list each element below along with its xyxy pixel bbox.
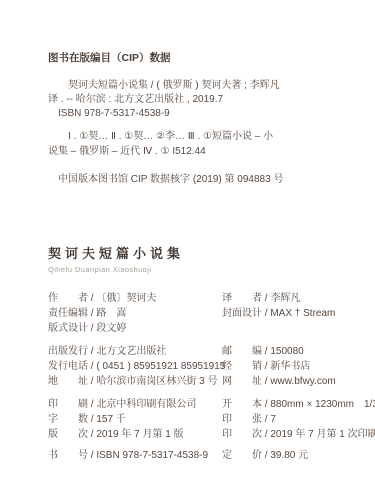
colophon-group-publisher: 出版发行 / 北方文艺出版社 邮 编 / 150080 发行电话 / ( 045… bbox=[48, 344, 345, 389]
colophon-cell-phone: 发行电话 / ( 0451 ) 85951921 85951915 bbox=[48, 359, 222, 374]
colophon-cell-cover-design: 封面设计 / MAX † Stream bbox=[222, 306, 345, 321]
cip-record: 契诃夫短篇小说集 / ( 俄罗斯 ) 契诃夫著 ; 李辉凡 译 . -- 哈尔滨… bbox=[48, 79, 345, 121]
colophon-cell-address: 地 址 / 哈尔滨市南岗区林兴街 3 号 bbox=[48, 374, 222, 389]
colophon-row: 发行电话 / ( 0451 ) 85951921 85951915 经 销 / … bbox=[48, 359, 345, 374]
colophon-row: 地 址 / 哈尔滨市南岗区林兴街 3 号 网 址 / www.bfwy.com bbox=[48, 374, 345, 389]
cip-record-line: 译 . -- 哈尔滨 : 北方文艺出版社 , 2019.7 bbox=[48, 93, 345, 107]
colophon-cell-impression: 印 次 / 2019 年 7 月第 1 次印刷 bbox=[222, 427, 375, 442]
colophon-cell-empty bbox=[222, 321, 345, 336]
book-title-pinyin: Qihefu Duanpian Xiaoshuoji bbox=[48, 265, 345, 274]
colophon-row: 印 刷 / 北京中科印刷有限公司 开 本 / 880mm × 1230mm 1/… bbox=[48, 397, 345, 412]
colophon-group-credits: 作 者 / 〔俄〕契诃夫 译 者 / 李辉凡 责任编辑 / 路 嵩 封面设计 /… bbox=[48, 291, 345, 336]
colophon-cell-word-count: 字 数 / 157 千 bbox=[48, 412, 222, 427]
colophon-group-isbn-price: 书 号 / ISBN 978-7-5317-4538-9 定 价 / 39.80… bbox=[48, 448, 345, 463]
colophon-cell-distributor: 经 销 / 新华书店 bbox=[222, 359, 345, 374]
book-copyright-page: 图书在版编目（CIP）数据 契诃夫短篇小说集 / ( 俄罗斯 ) 契诃夫著 ; … bbox=[0, 0, 375, 486]
colophon-cell-publisher: 出版发行 / 北方文艺出版社 bbox=[48, 344, 222, 359]
colophon-row: 版式设计 / 段文婷 bbox=[48, 321, 345, 336]
colophon-cell-printer: 印 刷 / 北京中科印刷有限公司 bbox=[48, 397, 222, 412]
cip-register-number: 中国版本图书馆 CIP 数据核字 (2019) 第 094883 号 bbox=[48, 170, 345, 185]
colophon-cell-layout-design: 版式设计 / 段文婷 bbox=[48, 321, 222, 336]
colophon-cell-postcode: 邮 编 / 150080 bbox=[222, 344, 345, 359]
colophon-row: 出版发行 / 北方文艺出版社 邮 编 / 150080 bbox=[48, 344, 345, 359]
colophon-cell-editor: 责任编辑 / 路 嵩 bbox=[48, 306, 222, 321]
colophon-row: 作 者 / 〔俄〕契诃夫 译 者 / 李辉凡 bbox=[48, 291, 345, 306]
colophon-cell-sheets: 印 张 / 7 bbox=[222, 412, 345, 427]
cip-classification-line: Ⅰ . ①契… Ⅱ . ①契… ②李… Ⅲ . ①短篇小说 – 小 bbox=[48, 129, 345, 144]
colophon-cell-author: 作 者 / 〔俄〕契诃夫 bbox=[48, 291, 222, 306]
colophon-cell-isbn: 书 号 / ISBN 978-7-5317-4538-9 bbox=[48, 448, 222, 463]
colophon-cell-edition: 版 次 / 2019 年 7 月第 1 版 bbox=[48, 427, 222, 442]
colophon-row: 版 次 / 2019 年 7 月第 1 版 印 次 / 2019 年 7 月第 … bbox=[48, 427, 345, 442]
colophon: 作 者 / 〔俄〕契诃夫 译 者 / 李辉凡 责任编辑 / 路 嵩 封面设计 /… bbox=[48, 291, 345, 463]
cip-record-line: 契诃夫短篇小说集 / ( 俄罗斯 ) 契诃夫著 ; 李辉凡 bbox=[48, 79, 345, 93]
colophon-cell-translator: 译 者 / 李辉凡 bbox=[222, 291, 345, 306]
cip-header: 图书在版编目（CIP）数据 bbox=[48, 50, 345, 65]
colophon-cell-format: 开 本 / 880mm × 1230mm 1/32 bbox=[222, 397, 375, 412]
book-title: 契诃夫短篇小说集 bbox=[48, 243, 345, 262]
cip-record-line: ISBN 978-7-5317-4538-9 bbox=[48, 107, 345, 121]
colophon-row: 责任编辑 / 路 嵩 封面设计 / MAX † Stream bbox=[48, 306, 345, 321]
cip-classification: Ⅰ . ①契… Ⅱ . ①契… ②李… Ⅲ . ①短篇小说 – 小 说集 – 俄… bbox=[48, 129, 345, 159]
title-block: 契诃夫短篇小说集 Qihefu Duanpian Xiaoshuoji bbox=[48, 243, 345, 274]
colophon-cell-website: 网 址 / www.bfwy.com bbox=[222, 374, 345, 389]
cip-classification-line: 说集 – 俄罗斯 – 近代 Ⅳ . ① I512.44 bbox=[48, 144, 345, 159]
colophon-cell-price: 定 价 / 39.80 元 bbox=[222, 448, 345, 463]
colophon-row: 字 数 / 157 千 印 张 / 7 bbox=[48, 412, 345, 427]
colophon-group-printing: 印 刷 / 北京中科印刷有限公司 开 本 / 880mm × 1230mm 1/… bbox=[48, 397, 345, 442]
colophon-row: 书 号 / ISBN 978-7-5317-4538-9 定 价 / 39.80… bbox=[48, 448, 345, 463]
